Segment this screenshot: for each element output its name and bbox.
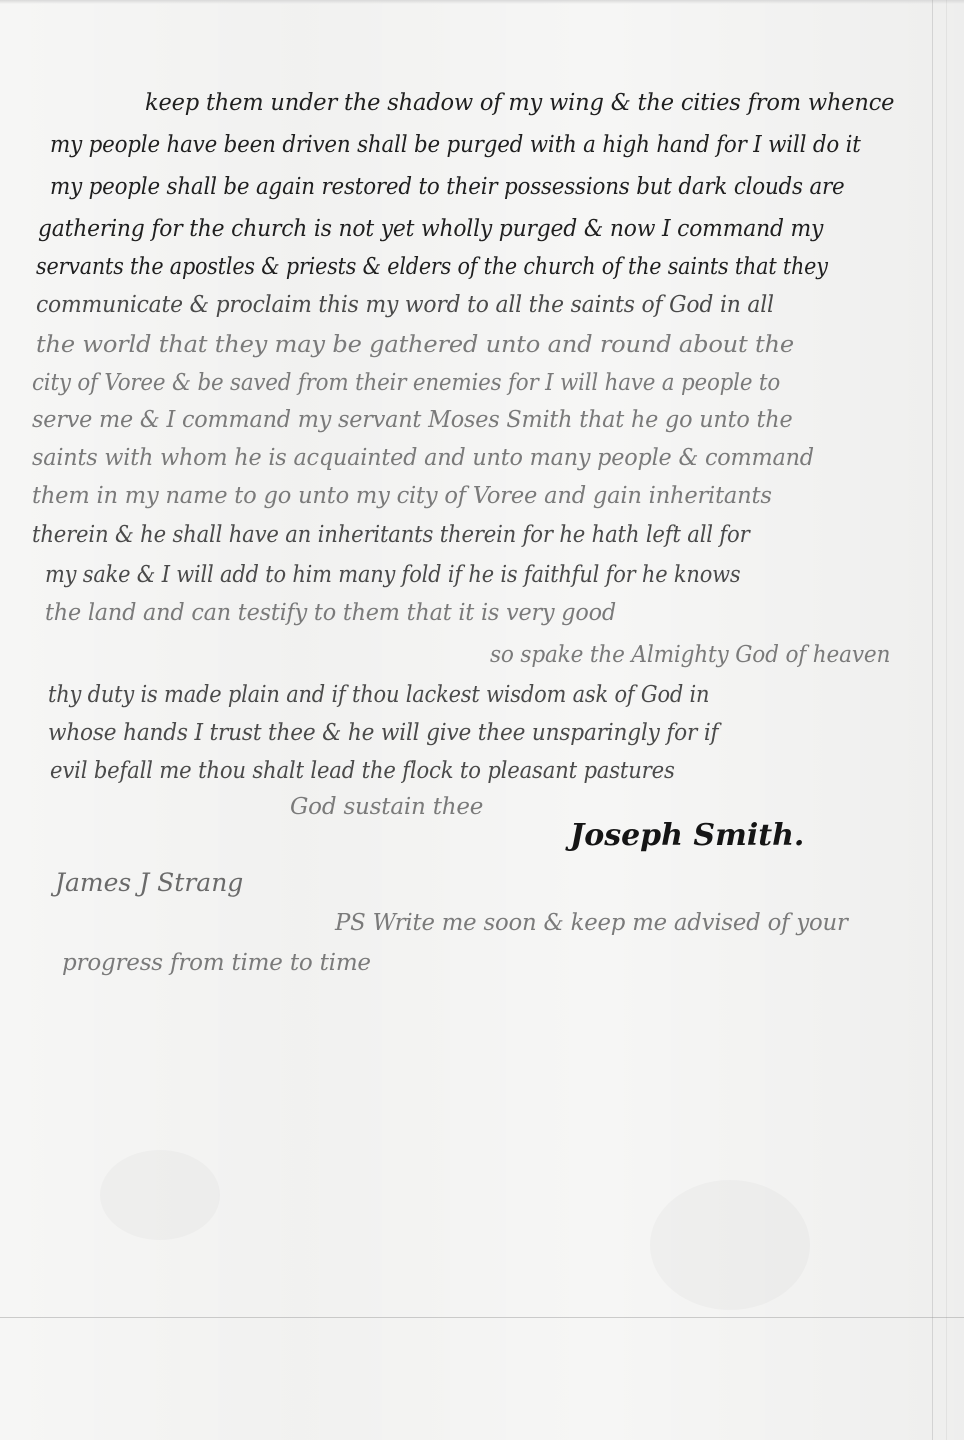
right-margin-rule-outer	[946, 0, 947, 1440]
signature: Joseph Smith.	[570, 818, 804, 853]
letter-body-line: keep them under the shadow of my wing & …	[145, 88, 894, 118]
postscript-line: progress from time to time	[62, 948, 371, 978]
letter-body-line: my sake & I will add to him many fold if…	[45, 560, 740, 590]
letter-body-line: serve me & I command my servant Moses Sm…	[32, 405, 792, 435]
letter-body-line: gathering for the church is not yet whol…	[38, 214, 823, 244]
paper-stain	[100, 1150, 220, 1240]
addressee-name: James J Strang	[55, 868, 243, 897]
letter-body-line: saints with whom he is acquainted and un…	[32, 443, 814, 473]
right-margin-rule	[932, 0, 933, 1440]
closing-line: whose hands I trust thee & he will give …	[48, 718, 718, 748]
letter-body-line: city of Voree & be saved from their enem…	[32, 368, 780, 398]
postscript-line: PS Write me soon & keep me advised of yo…	[335, 908, 848, 938]
letter-body-line: them in my name to go unto my city of Vo…	[32, 481, 772, 511]
blessing-line: God sustain thee	[290, 792, 483, 822]
letter-body-line: the world that they may be gathered unto…	[36, 330, 794, 360]
letter-page: keep them under the shadow of my wing & …	[0, 0, 964, 1440]
attribution-line: so spake the Almighty God of heaven	[490, 640, 890, 670]
letter-body-line: the land and can testify to them that it…	[45, 598, 616, 628]
letter-body-line: servants the apostles & priests & elders…	[36, 252, 828, 282]
closing-line: evil befall me thou shalt lead the flock…	[50, 756, 675, 786]
letter-body-line: my people have been driven shall be purg…	[50, 130, 861, 160]
page-top-edge	[0, 0, 964, 4]
closing-line: thy duty is made plain and if thou lacke…	[48, 680, 709, 710]
paper-stain	[650, 1180, 810, 1310]
letter-body-line: communicate & proclaim this my word to a…	[36, 290, 774, 320]
paper-fold-line	[0, 1317, 964, 1318]
letter-body-line: therein & he shall have an inheritants t…	[32, 520, 750, 550]
letter-body-line: my people shall be again restored to the…	[50, 172, 845, 202]
